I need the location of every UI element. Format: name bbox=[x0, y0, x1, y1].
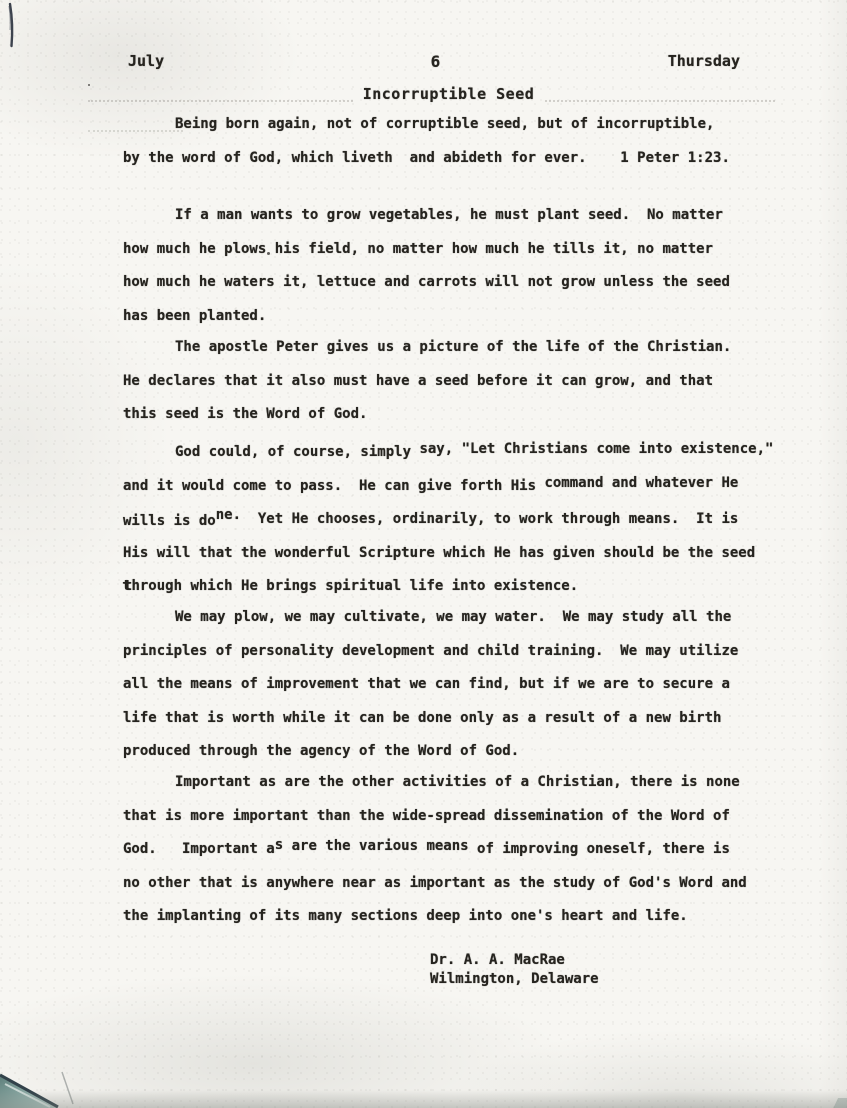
pen-mark-icon bbox=[0, 0, 30, 70]
text-line: through which He brings spiritual life i… bbox=[123, 570, 783, 604]
page-header: July 6 Thursday bbox=[0, 52, 847, 74]
text-segment: hrough which He brings spiritual life in… bbox=[131, 578, 578, 594]
paragraph: The apostle Peter gives us a picture of … bbox=[123, 331, 783, 432]
scan-speck bbox=[267, 252, 270, 255]
text-segment bbox=[283, 841, 291, 857]
paragraph: God could, of course, simply say, "Let C… bbox=[123, 436, 783, 604]
text-line: produced through the agency of the Word … bbox=[123, 735, 783, 769]
text-line: principles of personality development an… bbox=[123, 635, 783, 669]
header-day: Thursday bbox=[668, 52, 740, 70]
text-line: no other that is anywhere near as import… bbox=[123, 867, 783, 901]
text-line: His will that the wonderful Scripture wh… bbox=[123, 537, 783, 571]
document-title: Incorruptible Seed bbox=[25, 85, 847, 103]
text-line: Being born again, not of corruptible see… bbox=[123, 108, 783, 142]
text-segment: are the various means bbox=[292, 838, 469, 854]
scan-shadow bbox=[0, 1090, 847, 1108]
text-line: the implanting of its many sections deep… bbox=[123, 900, 783, 934]
text-segment: say, "Let Christians come into existence… bbox=[419, 441, 773, 457]
signature-location: Wilmington, Delaware bbox=[430, 970, 599, 989]
text-line: how much he waters it, lettuce and carro… bbox=[123, 266, 783, 300]
text-line: all the means of improvement that we can… bbox=[123, 668, 783, 702]
text-line: Important as are the other activities of… bbox=[123, 766, 783, 800]
text-line: God could, of course, simply say, "Let C… bbox=[123, 436, 783, 470]
text-line: God. Important as are the various means … bbox=[123, 833, 783, 867]
text-segment: of improving oneself, there is bbox=[469, 841, 730, 857]
paragraph: If a man wants to grow vegetables, he mu… bbox=[123, 199, 783, 333]
text-line: by the word of God, which liveth and abi… bbox=[123, 142, 783, 176]
paragraph: We may plow, we may cultivate, we may wa… bbox=[123, 601, 783, 769]
text-segment: and it would come to pass. He can give f… bbox=[123, 478, 544, 494]
signature-name: Dr. A. A. MacRae bbox=[430, 951, 599, 970]
scan-speck bbox=[88, 84, 90, 86]
text-line: that is more important than the wide-spr… bbox=[123, 800, 783, 834]
scanned-document-page: July 6 Thursday Incorruptible Seed Being… bbox=[0, 0, 847, 1108]
text-segment: Yet He chooses, ordinarily, to work thro… bbox=[241, 511, 738, 527]
text-segment: s bbox=[275, 837, 283, 853]
text-line: The apostle Peter gives us a picture of … bbox=[123, 331, 783, 365]
text-line: life that is worth while it can be done … bbox=[123, 702, 783, 736]
text-line: He declares that it also must have a see… bbox=[123, 365, 783, 399]
text-segment: command and whatever He bbox=[544, 475, 738, 491]
text-line: this seed is the Word of God. bbox=[123, 398, 783, 432]
paragraph: Important as are the other activities of… bbox=[123, 766, 783, 934]
scripture-quote: Being born again, not of corruptible see… bbox=[123, 108, 783, 175]
text-segment: God could, of course, simply bbox=[175, 444, 419, 460]
signature-block: Dr. A. A. MacRae Wilmington, Delaware bbox=[430, 951, 599, 989]
text-line: has been planted. bbox=[123, 300, 783, 334]
text-line: and it would come to pass. He can give f… bbox=[123, 470, 783, 504]
text-line: We may plow, we may cultivate, we may wa… bbox=[123, 601, 783, 635]
text-line: If a man wants to grow vegetables, he mu… bbox=[123, 199, 783, 233]
text-segment: wills is do bbox=[123, 513, 216, 529]
text-line: wills is done. Yet He chooses, ordinaril… bbox=[123, 503, 783, 537]
text-segment: God. Important a bbox=[123, 841, 275, 857]
text-line: how much he plows his field, no matter h… bbox=[123, 233, 783, 267]
text-segment: ne. bbox=[216, 507, 241, 523]
